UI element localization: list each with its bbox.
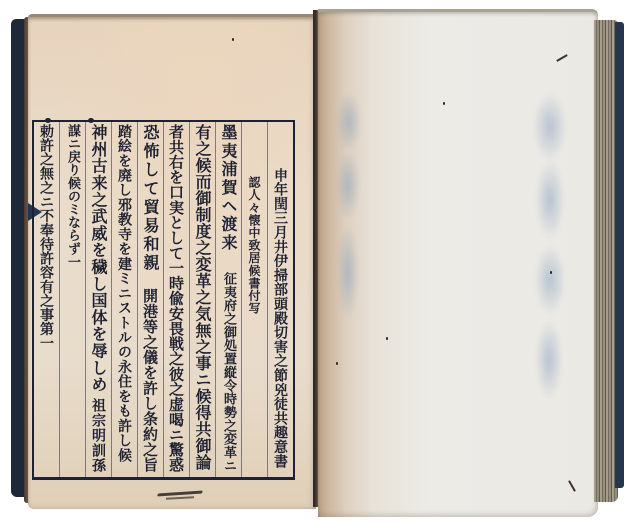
show-through-ink — [533, 92, 567, 162]
text-column-4: 有之候而御制度之変革之気無之事ニ候得共御論 — [189, 124, 215, 470]
show-through-ink — [336, 150, 360, 220]
speck — [443, 102, 445, 105]
text-column-3-top: 墨夷浦賀ヘ渡来 — [215, 124, 241, 250]
frame-mark — [88, 118, 94, 123]
speck — [550, 271, 552, 274]
text-column-6-bottom: 開港等之儀を許し条約之旨 — [137, 288, 163, 472]
text-column-8-top: 神州古来之武威を穢し国体を辱しめ — [85, 124, 111, 392]
text-column-3-bottom: 征夷府之御処置縦令時勢之変革ニ — [215, 272, 241, 472]
text-column-6-top: 恐怖して貿易和親 — [137, 124, 163, 270]
text-column-1: 申年閏三月井伊掃部頭殿切害之節兇徒共趣意書 — [267, 168, 293, 468]
frame-mark — [45, 118, 51, 123]
text-column-2: 認人々懐中致居候書付写 — [241, 176, 267, 314]
right-cover-edge — [615, 22, 624, 488]
text-column-10: 勅許之無之ニ不奉待許容有之事第一 — [33, 124, 59, 350]
speck — [386, 337, 388, 340]
show-through-ink — [535, 320, 563, 400]
open-book-photo: 申年閏三月井伊掃部頭殿切害之節兇徒共趣意書 認人々懐中致居候書付写 墨夷浦賀ヘ渡… — [0, 0, 640, 524]
text-column-7: 踏絵を廃し邪教寺を建ミニストルの永住をも許し候 — [111, 124, 137, 462]
text-column-8-bottom: 祖宗明訓孫 — [85, 398, 111, 472]
text-column-9: 謀ニ戻り候のミならず一 — [59, 124, 85, 268]
speck — [336, 362, 338, 365]
show-through-ink — [534, 245, 566, 315]
speck — [232, 38, 234, 41]
show-through-ink — [337, 225, 359, 320]
show-through-ink — [336, 92, 362, 152]
show-through-ink — [535, 160, 565, 240]
text-column-5: 者共右を口実として一時偸安畏戦之彼之虚喝ニ驚惑 — [163, 124, 189, 472]
